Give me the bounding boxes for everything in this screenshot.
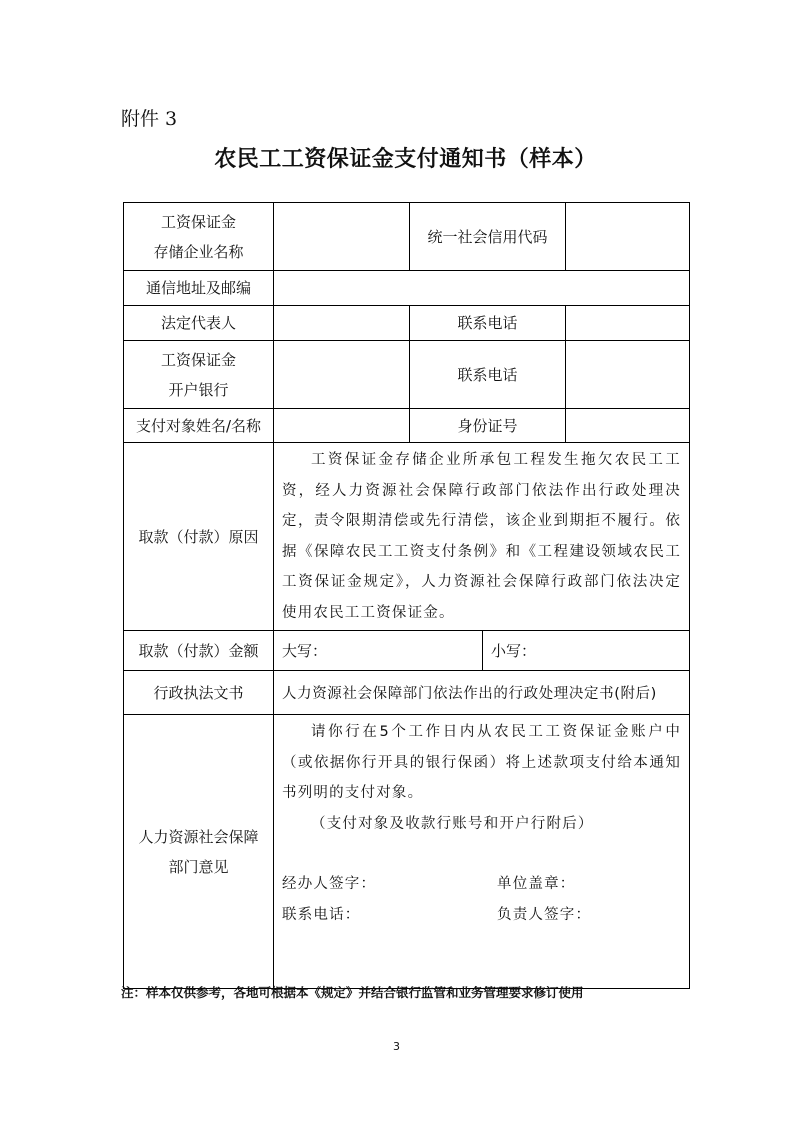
uppercase-label: 大写：	[282, 642, 327, 660]
label-bank-phone: 联系电话	[410, 341, 566, 409]
label-line: 部门意见	[124, 852, 273, 882]
label-reason: 取款（付款）原因	[124, 443, 274, 631]
payee-name-field[interactable]	[274, 409, 410, 443]
form-row-payee: 支付对象姓名/名称 身份证号	[124, 409, 690, 443]
label-legal-rep: 法定代表人	[124, 306, 274, 341]
label-credit-code: 统一社会信用代码	[410, 203, 566, 271]
form-row-amount: 取款（付款）金额 大写： 小写：	[124, 631, 690, 671]
label-line: 工资保证金	[124, 207, 273, 237]
reason-text: 工资保证金存储企业所承包工程发生拖欠农民工工资，经人力资源社会保障行政部门依法作…	[274, 443, 690, 631]
signature-row-2: 联系电话： 负责人签字：	[282, 900, 681, 931]
form-row-reason: 取款（付款）原因 工资保证金存储企业所承包工程发生拖欠农民工工资，经人力资源社会…	[124, 443, 690, 631]
label-line: 存储企业名称	[124, 237, 273, 267]
amount-lowercase-field[interactable]: 小写：	[483, 631, 690, 671]
leader-signature-label: 负责人签字：	[497, 900, 591, 931]
label-enforcement-doc: 行政执法文书	[124, 671, 274, 715]
opinion-attachment-note: （支付对象及收款行账号和开户行附后）	[282, 809, 681, 840]
label-phone: 联系电话	[410, 306, 566, 341]
payment-notice-form: 工资保证金 存储企业名称 统一社会信用代码 通信地址及邮编 法定代表人 联系电话…	[123, 202, 690, 989]
page-title: 农民工工资保证金支付通知书（样本）	[0, 142, 793, 173]
handler-signature-label: 经办人签字：	[282, 869, 497, 900]
footnote: 注：样本仅供参考，各地可根据本《规定》并结合银行监管和业务管理要求修订使用	[121, 983, 584, 1001]
label-line: 工资保证金	[124, 345, 273, 375]
bank-field[interactable]	[274, 341, 410, 409]
label-line: 开户银行	[124, 375, 273, 405]
label-bank: 工资保证金 开户银行	[124, 341, 274, 409]
amount-uppercase-field[interactable]: 大写：	[274, 631, 483, 671]
legal-rep-phone-field[interactable]	[566, 306, 690, 341]
form-row-address: 通信地址及邮编	[124, 271, 690, 306]
department-opinion-content: 请你行在5个工作日内从农民工工资保证金账户中（或依据你行开具的银行保函）将上述款…	[274, 715, 690, 989]
legal-rep-field[interactable]	[274, 306, 410, 341]
label-id-number: 身份证号	[410, 409, 566, 443]
signature-row-1: 经办人签字： 单位盖章：	[282, 869, 681, 900]
credit-code-field[interactable]	[566, 203, 690, 271]
attachment-label: 附件 3	[121, 104, 177, 131]
form-row-legal-rep: 法定代表人 联系电话	[124, 306, 690, 341]
lowercase-label: 小写：	[491, 642, 536, 660]
label-amount: 取款（付款）金额	[124, 631, 274, 671]
label-payee-name: 支付对象姓名/名称	[124, 409, 274, 443]
reason-paragraph: 工资保证金存储企业所承包工程发生拖欠农民工工资，经人力资源社会保障行政部门依法作…	[282, 445, 681, 628]
contact-phone-label: 联系电话：	[282, 900, 497, 931]
form-row-depositor: 工资保证金 存储企业名称 统一社会信用代码	[124, 203, 690, 271]
form-row-enforcement-doc: 行政执法文书 人力资源社会保障部门依法作出的行政处理决定书(附后)	[124, 671, 690, 715]
label-depositor-name: 工资保证金 存储企业名称	[124, 203, 274, 271]
id-number-field[interactable]	[566, 409, 690, 443]
page-number: 3	[0, 1040, 793, 1053]
address-field[interactable]	[274, 271, 690, 306]
unit-seal-label: 单位盖章：	[497, 869, 576, 900]
label-department-opinion: 人力资源社会保障 部门意见	[124, 715, 274, 989]
label-line: 人力资源社会保障	[124, 822, 273, 852]
form-row-bank: 工资保证金 开户银行 联系电话	[124, 341, 690, 409]
form-row-department-opinion: 人力资源社会保障 部门意见 请你行在5个工作日内从农民工工资保证金账户中（或依据…	[124, 715, 690, 989]
label-address: 通信地址及邮编	[124, 271, 274, 306]
enforcement-doc-text: 人力资源社会保障部门依法作出的行政处理决定书(附后)	[274, 671, 690, 715]
bank-phone-field[interactable]	[566, 341, 690, 409]
opinion-paragraph: 请你行在5个工作日内从农民工工资保证金账户中（或依据你行开具的银行保函）将上述款…	[282, 717, 681, 809]
depositor-name-field[interactable]	[274, 203, 410, 271]
